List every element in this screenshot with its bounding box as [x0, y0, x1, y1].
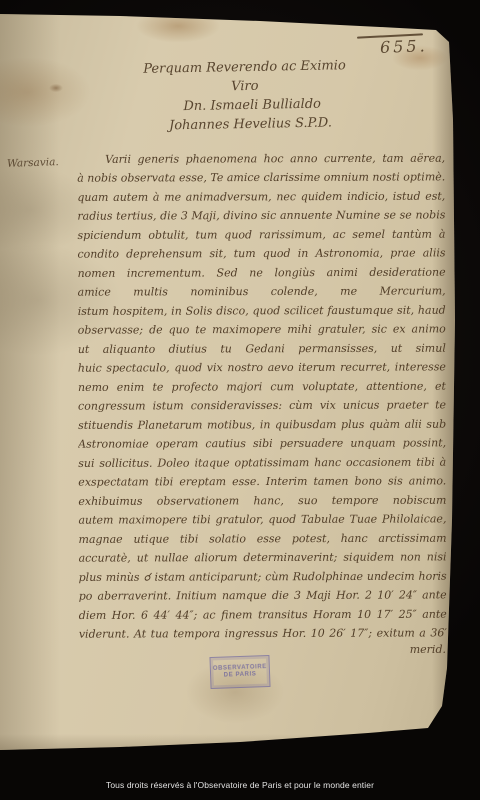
manuscript-line: viderunt. At tua tempora ingressus Hor. …: [79, 623, 447, 643]
manuscript-line: autem maximopere tibi gratulor, quod Tab…: [78, 509, 446, 529]
manuscript-page: 655. Perquam Reverendo ac Eximio Viro Dn…: [0, 0, 458, 756]
manuscript-line: nomen incrementum. Sed ne longiùs animi …: [78, 263, 446, 283]
manuscript-line: exhibuimus observationem hanc, suo tempo…: [78, 491, 446, 511]
header-line-sender: Johannes Hevelius S.P.D.: [148, 113, 352, 136]
library-stamp: OBSERVATOIRE DE PARIS: [209, 655, 270, 689]
manuscript-line: spiciendum obtulit, tum quod rarissimum,…: [77, 225, 445, 245]
manuscript-line: exspectatam tibi ereptam esse. Interim t…: [78, 471, 446, 491]
manuscript-line: plus minùs ☌ istam anticiparunt; cùm Rud…: [79, 567, 447, 587]
manuscript-line: observasse; de quo te maximopere mihi gr…: [78, 319, 446, 339]
manuscript-line: sui sollicitus. Doleo itaque optatissima…: [78, 453, 446, 473]
margin-note-place: Warsavia.: [7, 156, 59, 170]
copyright-caption: Tous droits réservés à l'Observatoire de…: [0, 780, 480, 790]
manuscript-line: nemo enim te profecto majori cum volupta…: [78, 377, 446, 397]
manuscript-line: congressum istum consideravisses: cùm vi…: [78, 395, 446, 415]
manuscript-line: magnae utique tibi solatio esse potest, …: [78, 529, 446, 549]
manuscript-line: Varii generis phaenomena hoc anno curren…: [77, 149, 445, 169]
manuscript-line: à nobis observata esse, Te amice clariss…: [77, 167, 445, 187]
manuscript-line: diem Hor. 6 44′ 44″; ac finem transitus …: [79, 605, 447, 625]
header-line-recipient-title: Perquam Reverendo ac Eximio Viro: [137, 56, 352, 98]
manuscript-line: accuratè, ut nullae aliorum determinaver…: [79, 547, 447, 567]
manuscript-line: amice multis nominibus colende, me Mercu…: [78, 281, 446, 301]
manuscript-line: ut aliquanto diutius tu Gedani permansis…: [78, 339, 446, 359]
address-header: Perquam Reverendo ac Eximio Viro Dn. Ism…: [137, 56, 352, 136]
manuscript-line: Astronomiae operam cautius sibi persuade…: [78, 433, 446, 453]
manuscript-line: istum hospitem, in Solis disco, quod sci…: [78, 301, 446, 321]
manuscript-line: quam autem à me animadversum, nec quidem…: [77, 187, 445, 207]
letter-body-tail: merid.: [78, 643, 446, 656]
manuscript-line: huic spectaculo, quod vix nostro aevo it…: [78, 357, 446, 377]
page-number: 655.: [380, 36, 428, 57]
letter-body: Varii generis phaenomena hoc anno curren…: [77, 148, 447, 643]
stamp-text-line2: DE PARIS: [224, 671, 257, 679]
manuscript-line: condito deprehensum sit, tum quod in Ast…: [77, 243, 445, 263]
manuscript-line: po aberraverint. Initium namque die 3 Ma…: [79, 585, 447, 605]
manuscript-line: radius tertius, die 3 Maji, divino sic a…: [77, 205, 445, 225]
scan-viewer: 655. Perquam Reverendo ac Eximio Viro Dn…: [0, 0, 480, 800]
manuscript-line: stituendis Planetarum motibus, in quibus…: [78, 415, 446, 435]
